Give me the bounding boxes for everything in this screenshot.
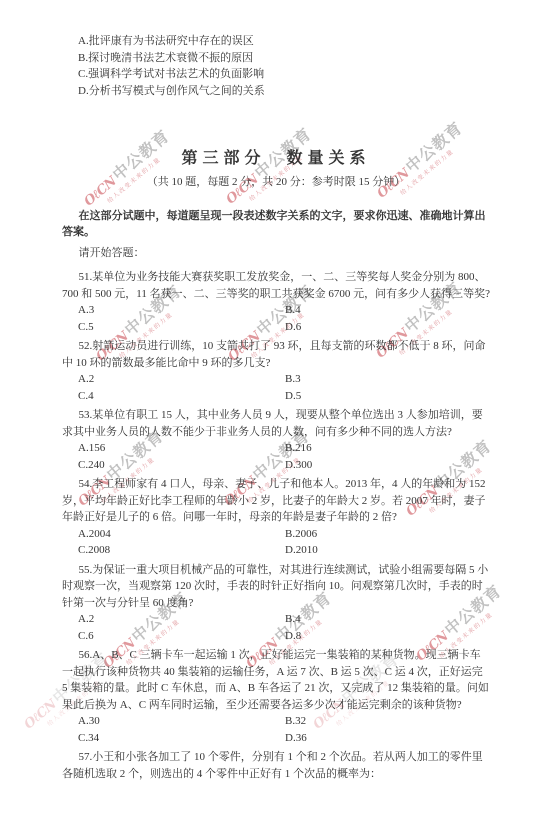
prev-option-c: C.强调科学考试对书法艺术的负面影响	[62, 66, 490, 83]
q53-option-d: D.300	[285, 457, 490, 474]
question-56-options: A.30 B.32 C.34 D.36	[62, 713, 490, 746]
prev-option-a: A.批评康有为书法研究中存在的误区	[62, 33, 490, 50]
question-51-stem: 51.某单位为业务技能大赛获奖职工发放奖金，一、二、三等奖每人奖金分别为 800…	[62, 269, 490, 302]
question-52: 52.射箭运动员进行训练，10 支箭共打了 93 环，且每支箭的环数都不低于 8…	[62, 338, 490, 404]
question-52-options: A.2 B.3 C.4 D.5	[62, 371, 490, 404]
question-54: 54.李工程师家有 4 口人，母亲、妻子、儿子和他本人。2013 年，4 人的年…	[62, 476, 490, 559]
prev-option-d: D.分析书写模式与创作风气之间的关系	[62, 83, 490, 100]
q52-option-a: A.2	[78, 371, 285, 388]
q53-option-a: A.156	[78, 440, 285, 457]
question-55: 55.为保证一重大项目机械产品的可靠性，对其进行连续测试，试验小组需要每隔 5 …	[62, 562, 490, 645]
section-subtitle: （共 10 题，每题 2 分，共 20 分：参考时限 15 分钟）	[62, 174, 490, 191]
question-53-options: A.156 B.216 C.240 D.300	[62, 440, 490, 473]
q51-option-a: A.3	[78, 302, 285, 319]
begin-prompt: 请开始答题：	[62, 245, 490, 262]
previous-question-options: A.批评康有为书法研究中存在的误区 B.探讨晚清书法艺术衰微不振的原因 C.强调…	[62, 33, 490, 99]
q54-option-d: D.2010	[285, 542, 490, 559]
q52-option-d: D.5	[285, 388, 490, 405]
question-56-stem: 56.A、B、C 三辆卡车一起运输 1 次，正好能运完一集装箱的某种货物。现三辆…	[62, 647, 490, 713]
question-53: 53.某单位有职工 15 人，其中业务人员 9 人，现要从整个单位选出 3 人参…	[62, 407, 490, 473]
question-54-stem: 54.李工程师家有 4 口人，母亲、妻子、儿子和他本人。2013 年，4 人的年…	[62, 476, 490, 526]
q51-option-d: D.6	[285, 319, 490, 336]
question-56: 56.A、B、C 三辆卡车一起运输 1 次，正好能运完一集装箱的某种货物。现三辆…	[62, 647, 490, 746]
question-55-options: A.2 B.4 C.6 D.8	[62, 611, 490, 644]
q56-option-c: C.34	[78, 730, 285, 747]
question-list: 51.某单位为业务技能大赛获奖职工发放奖金，一、二、三等奖每人奖金分别为 800…	[62, 269, 490, 782]
q56-option-a: A.30	[78, 713, 285, 730]
question-57-stem: 57.小王和小张各加工了 10 个零件，分别有 1 个和 2 个次品。若从两人加…	[62, 749, 490, 782]
q53-option-c: C.240	[78, 457, 285, 474]
question-51: 51.某单位为业务技能大赛获奖职工发放奖金，一、二、三等奖每人奖金分别为 800…	[62, 269, 490, 335]
q56-option-d: D.36	[285, 730, 490, 747]
q55-option-b: B.4	[285, 611, 490, 628]
question-54-options: A.2004 B.2006 C.2008 D.2010	[62, 526, 490, 559]
question-52-stem: 52.射箭运动员进行训练，10 支箭共打了 93 环，且每支箭的环数都不低于 8…	[62, 338, 490, 371]
question-51-options: A.3 B.4 C.5 D.6	[62, 302, 490, 335]
q55-option-c: C.6	[78, 628, 285, 645]
question-57: 57.小王和小张各加工了 10 个零件，分别有 1 个和 2 个次品。若从两人加…	[62, 749, 490, 782]
section-instructions: 在这部分试题中，每道题呈现一段表述数字关系的文字，要求你迅速、准确地计算出答案。	[62, 208, 490, 241]
q52-option-c: C.4	[78, 388, 285, 405]
q54-option-a: A.2004	[78, 526, 285, 543]
q53-option-b: B.216	[285, 440, 490, 457]
exam-paper-page: OℓCN中公教育给人改变未来的力量OℓCN中公教育给人改变未来的力量OℓCN中公…	[0, 0, 550, 820]
question-53-stem: 53.某单位有职工 15 人，其中业务人员 9 人，现要从整个单位选出 3 人参…	[62, 407, 490, 440]
q54-option-b: B.2006	[285, 526, 490, 543]
q51-option-c: C.5	[78, 319, 285, 336]
q54-option-c: C.2008	[78, 542, 285, 559]
question-55-stem: 55.为保证一重大项目机械产品的可靠性，对其进行连续测试，试验小组需要每隔 5 …	[62, 562, 490, 612]
page-content: A.批评康有为书法研究中存在的误区 B.探讨晚清书法艺术衰微不振的原因 C.强调…	[0, 0, 550, 782]
section-title: 第三部分 数量关系	[62, 149, 490, 169]
q56-option-b: B.32	[285, 713, 490, 730]
prev-option-b: B.探讨晚清书法艺术衰微不振的原因	[62, 50, 490, 67]
q51-option-b: B.4	[285, 302, 490, 319]
q55-option-a: A.2	[78, 611, 285, 628]
q52-option-b: B.3	[285, 371, 490, 388]
q55-option-d: D.8	[285, 628, 490, 645]
